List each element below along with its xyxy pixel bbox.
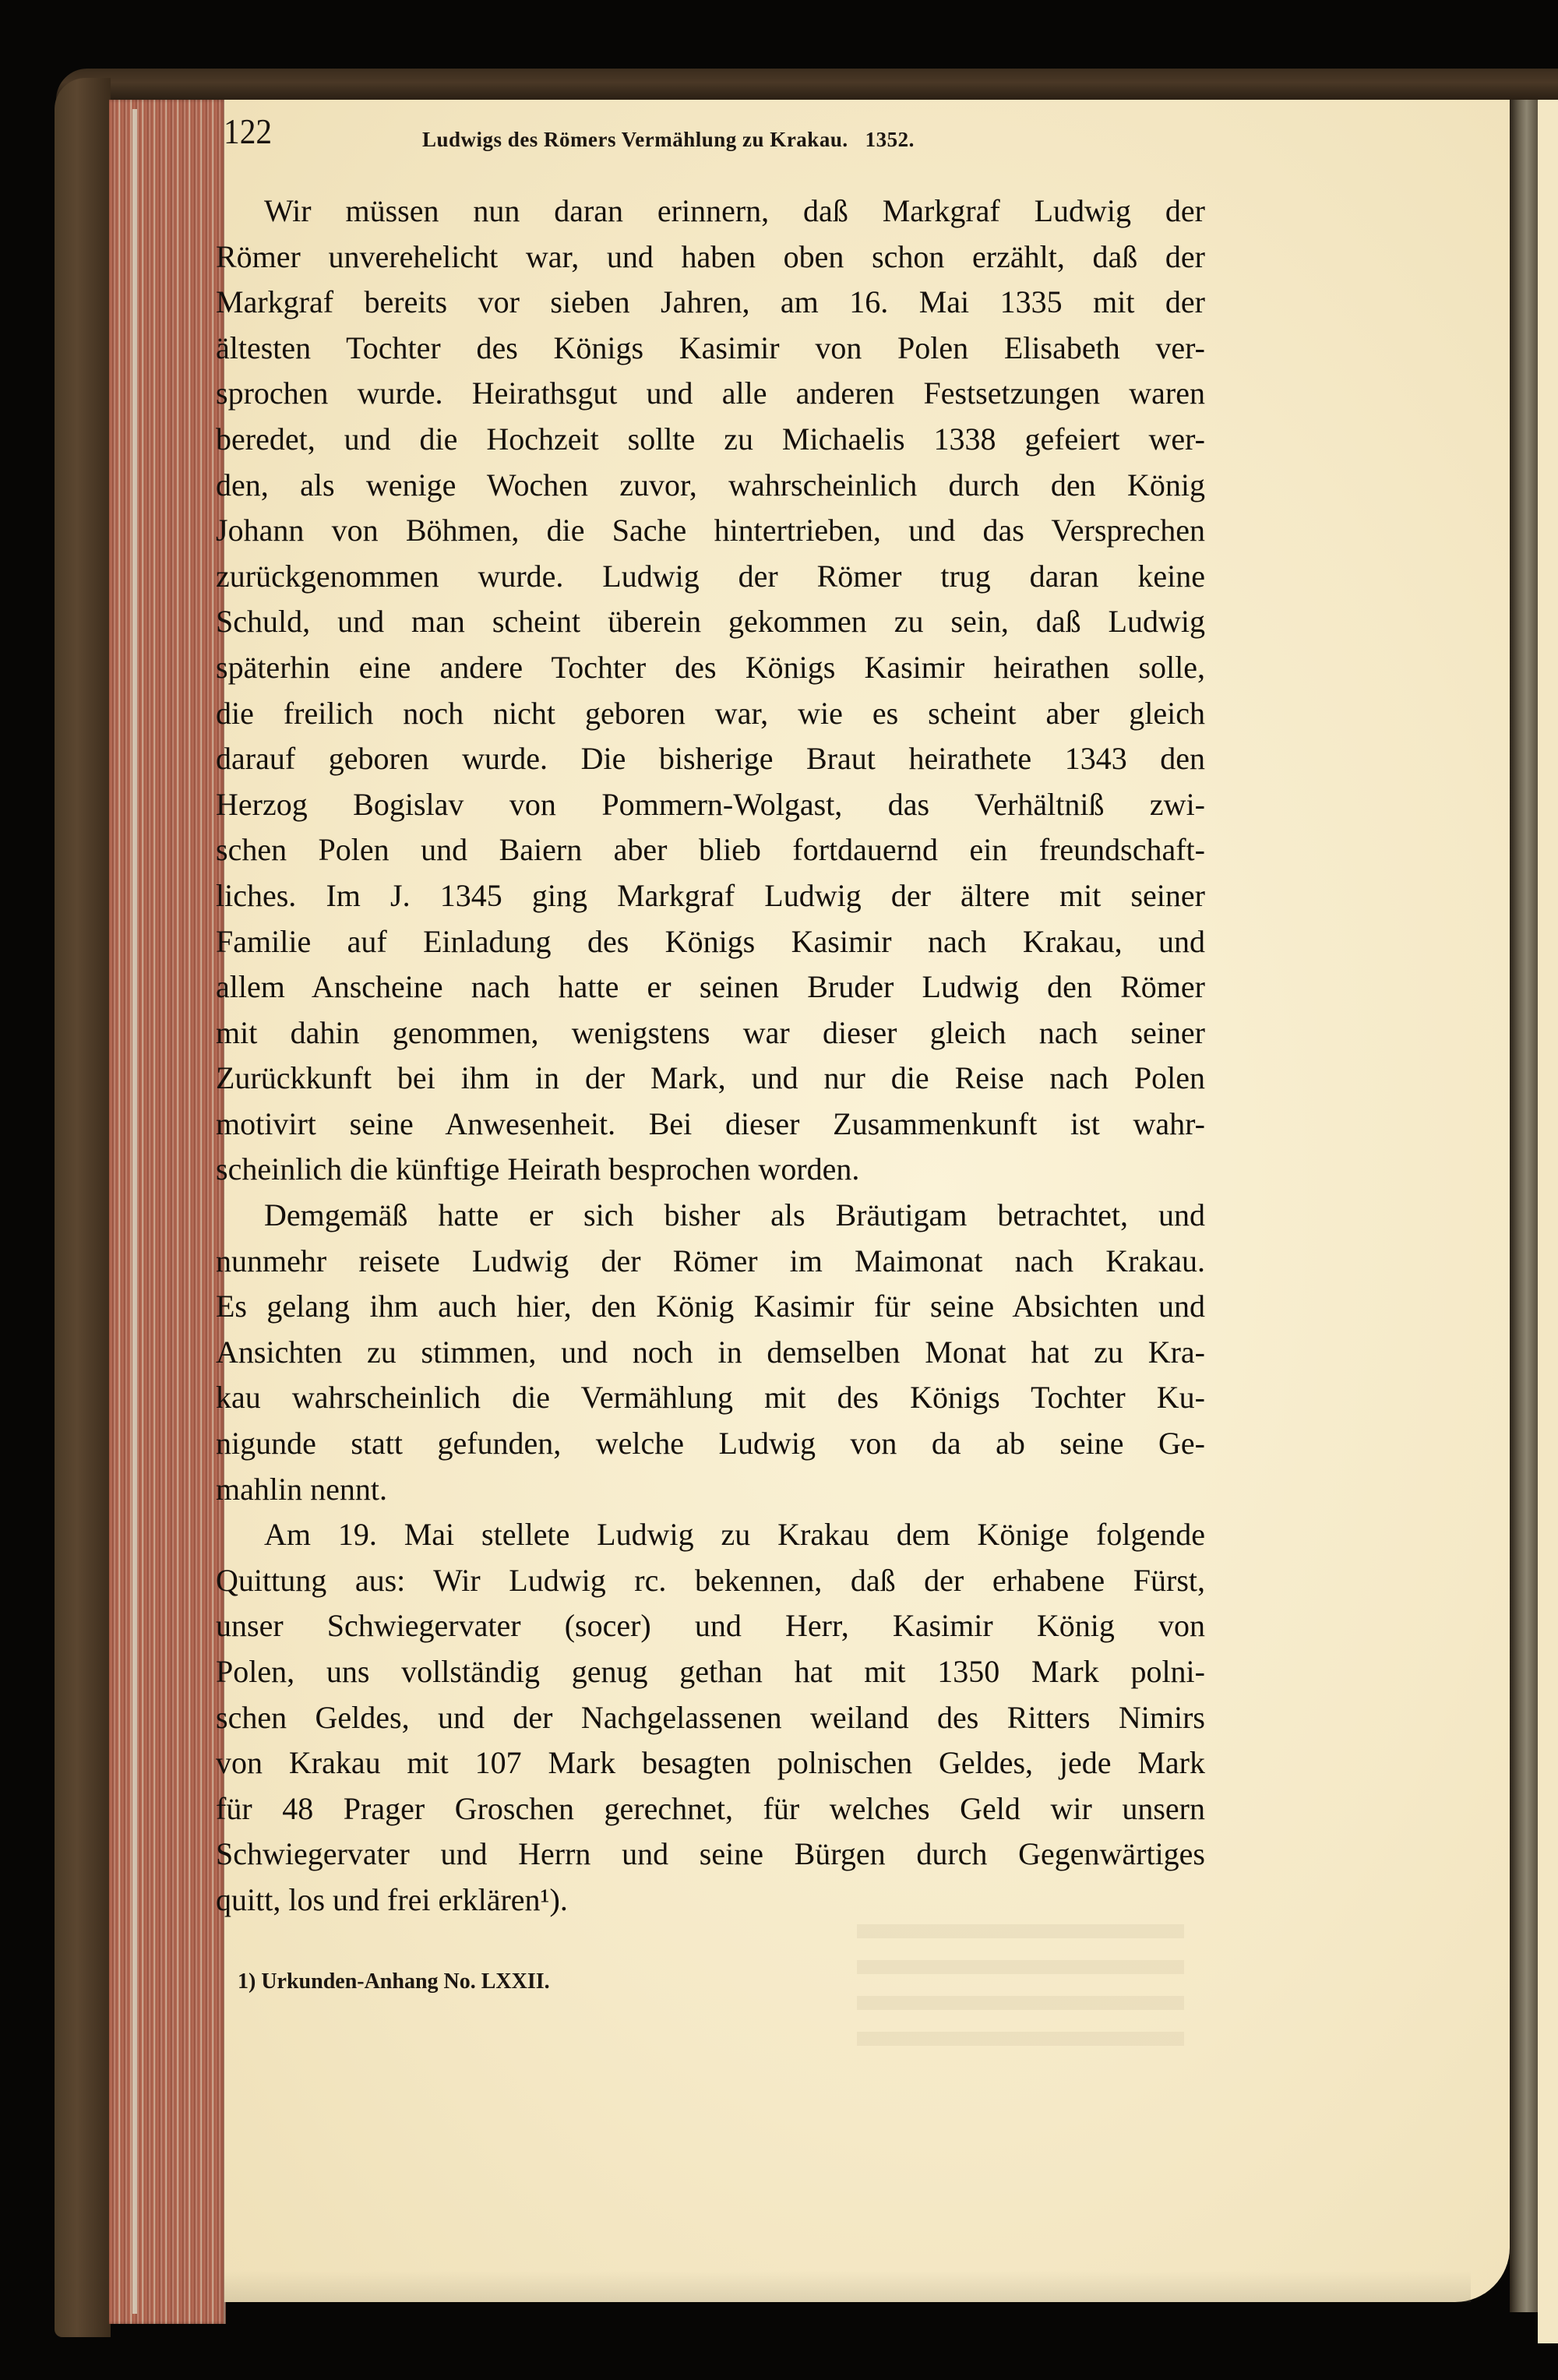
show-through-text bbox=[857, 1924, 1184, 2049]
book-cover-top-edge bbox=[56, 69, 1558, 100]
page-bottom-shadow bbox=[224, 2271, 1471, 2302]
text-line: kau wahrscheinlich die Vermählung mit de… bbox=[216, 1375, 1205, 1421]
text-line: Römer unverehelicht war, und haben oben … bbox=[216, 234, 1205, 280]
running-head: Ludwigs des Römers Vermählung zu Krakau.… bbox=[422, 128, 1045, 152]
text-line: beredet, und die Hochzeit sollte zu Mich… bbox=[216, 417, 1205, 463]
text-line: Zurückkunft bei ihm in der Mark, und nur… bbox=[216, 1056, 1205, 1102]
footnote: 1) Urkunden-Anhang No. LXXII. bbox=[238, 1969, 550, 1994]
text-line: schen Geldes, und der Nachgelassenen wei… bbox=[216, 1695, 1205, 1741]
page-edge-highlight bbox=[132, 109, 137, 2314]
text-line: für 48 Prager Groschen gerechnet, für we… bbox=[216, 1786, 1205, 1832]
text-line: zurückgenommen wurde. Ludwig der Römer t… bbox=[216, 554, 1205, 600]
running-head-year: 1352. bbox=[865, 128, 915, 151]
page-number: 122 bbox=[224, 111, 272, 152]
text-line: Johann von Böhmen, die Sache hintertrieb… bbox=[216, 508, 1205, 554]
running-head-title: Ludwigs des Römers Vermählung zu Krakau. bbox=[422, 128, 848, 151]
body-text: Wir müssen nun daran erinnern, daß Markg… bbox=[216, 189, 1205, 1923]
text-line: Schuld, und man scheint überein gekommen… bbox=[216, 599, 1205, 645]
gutter-shadow bbox=[1510, 100, 1538, 2312]
text-line: Schwiegervater und Herrn und seine Bürge… bbox=[216, 1832, 1205, 1878]
facing-page-sliver bbox=[1538, 100, 1558, 2343]
text-line: sprochen wurde. Heirathsgut und alle and… bbox=[216, 371, 1205, 417]
text-line: liches. Im J. 1345 ging Markgraf Ludwig … bbox=[216, 873, 1205, 919]
text-line: quitt, los und frei erklären¹). bbox=[216, 1878, 1205, 1923]
text-line: Wir müssen nun daran erinnern, daß Markg… bbox=[216, 189, 1205, 234]
text-line: motivirt seine Anwesenheit. Bei dieser Z… bbox=[216, 1102, 1205, 1148]
text-line: Markgraf bereits vor sieben Jahren, am 1… bbox=[216, 280, 1205, 326]
text-line: Herzog Bogislav von Pommern-Wolgast, das… bbox=[216, 782, 1205, 828]
text-line: nunmehr reisete Ludwig der Römer im Maim… bbox=[216, 1239, 1205, 1285]
text-line: scheinlich die künftige Heirath besproch… bbox=[216, 1147, 1205, 1193]
book-cover-left-edge bbox=[55, 78, 111, 2337]
text-line: den, als wenige Wochen zuvor, wahrschein… bbox=[216, 463, 1205, 509]
text-line: allem Anscheine nach hatte er seinen Bru… bbox=[216, 964, 1205, 1010]
text-line: nigunde statt gefunden, welche Ludwig vo… bbox=[216, 1421, 1205, 1467]
text-line: Polen, uns vollständig genug gethan hat … bbox=[216, 1649, 1205, 1695]
text-line: Familie auf Einladung des Königs Kasimir… bbox=[216, 919, 1205, 965]
text-line: mit dahin genommen, wenigstens war diese… bbox=[216, 1010, 1205, 1056]
text-line: von Krakau mit 107 Mark besagten polnisc… bbox=[216, 1740, 1205, 1786]
text-line: Es gelang ihm auch hier, den König Kasim… bbox=[216, 1284, 1205, 1330]
text-line: darauf geboren wurde. Die bisherige Brau… bbox=[216, 736, 1205, 782]
text-line: Am 19. Mai stellete Ludwig zu Krakau dem… bbox=[216, 1512, 1205, 1558]
text-line: ältesten Tochter des Königs Kasimir von … bbox=[216, 326, 1205, 372]
text-line: die freilich noch nicht geboren war, wie… bbox=[216, 691, 1205, 737]
page-block-edges bbox=[109, 100, 226, 2324]
text-line: späterhin eine andere Tochter des Königs… bbox=[216, 645, 1205, 691]
text-line: Ansichten zu stimmen, und noch in demsel… bbox=[216, 1330, 1205, 1376]
text-line: schen Polen und Baiern aber blieb fortda… bbox=[216, 827, 1205, 873]
text-line: unser Schwiegervater (socer) und Herr, K… bbox=[216, 1603, 1205, 1649]
text-line: Demgemäß hatte er sich bisher als Bräuti… bbox=[216, 1193, 1205, 1239]
text-line: Quittung aus: Wir Ludwig rc. bekennen, d… bbox=[216, 1558, 1205, 1604]
text-line: mahlin nennt. bbox=[216, 1467, 1205, 1513]
